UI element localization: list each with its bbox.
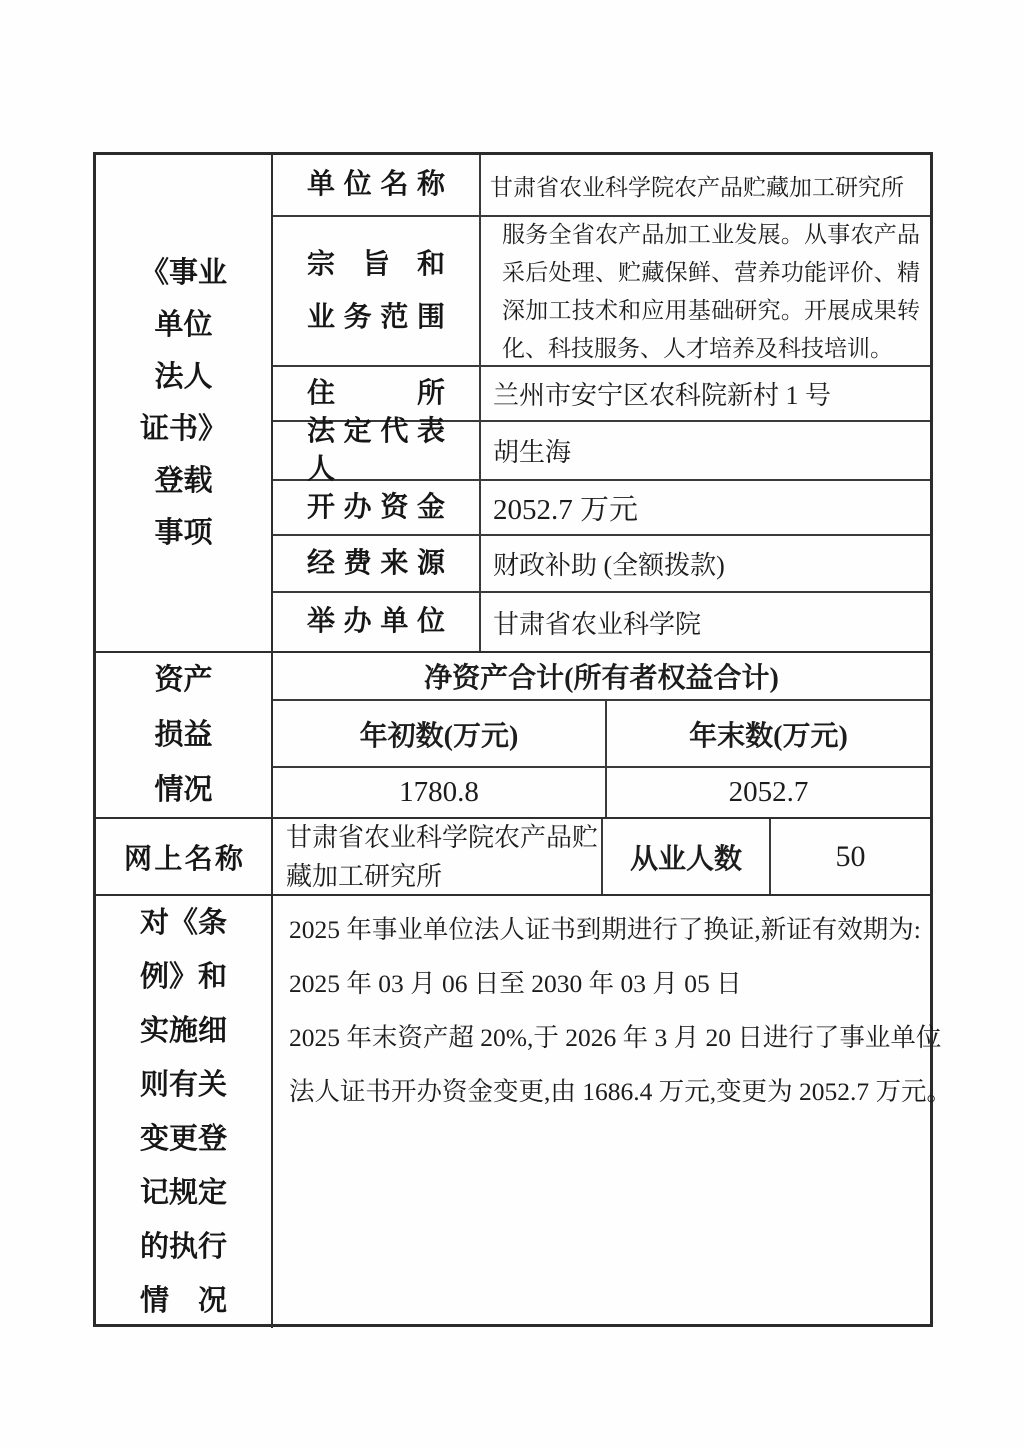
capital-value-text: 2052.7 万元 [493, 487, 638, 528]
table-row-unit-name: 单位名称 甘肃省农业科学院农产品贮藏加工研究所 [273, 155, 930, 217]
side-label-line: 损益 [154, 708, 212, 763]
side-label-line: 法人 [154, 351, 212, 403]
side-label-line: 《事业 [140, 247, 227, 299]
online-name-section: 网上名称 甘肃省农业科学院农产品贮 藏加工研究所 从业人数 50 [96, 819, 930, 896]
table-row-organizer: 举办单位 甘肃省农业科学院 [273, 593, 930, 651]
side-label-line: 事项 [154, 507, 212, 559]
funding-label-cell: 经费来源 [273, 536, 481, 591]
compliance-section-side-label: 对《条 例》和 实施细 则有关 变更登 记规定 的执行 情 况 [96, 896, 273, 1328]
funding-value: 财政补助 (全额拨款) [481, 536, 930, 591]
compliance-section: 对《条 例》和 实施细 则有关 变更登 记规定 的执行 情 况 2025 年事业… [96, 896, 930, 1328]
registration-info-table: 《事业 单位 法人 证书》 登载 事项 单位名称 甘肃省农业科学院农产品贮藏加工… [93, 152, 933, 1327]
staff-count-value: 50 [771, 819, 930, 894]
side-label-line: 实施细 [140, 1004, 227, 1058]
side-label-line: 证书》 [140, 403, 227, 455]
side-label-line: 对《条 [140, 896, 227, 950]
funding-value-text: 财政补助 (全额拨款) [493, 545, 725, 582]
certificate-items-section: 《事业 单位 法人 证书》 登载 事项 单位名称 甘肃省农业科学院农产品贮藏加工… [96, 155, 930, 653]
side-label-line: 资产 [154, 653, 212, 708]
staff-count-label: 从业人数 [603, 819, 771, 894]
side-label-line: 记规定 [140, 1166, 227, 1220]
online-name-value: 甘肃省农业科学院农产品贮 藏加工研究所 [273, 819, 603, 894]
online-name-label-cell: 网上名称 [96, 819, 273, 894]
capital-label: 开办资金 [273, 489, 479, 527]
end-of-year-value: 2052.7 [607, 768, 930, 817]
organizer-label: 举办单位 [273, 603, 479, 641]
scanned-document-page: 《事业 单位 法人 证书》 登载 事项 单位名称 甘肃省农业科学院农产品贮藏加工… [0, 0, 1024, 1447]
online-name-line2: 藏加工研究所 [286, 857, 601, 896]
certificate-rows: 单位名称 甘肃省农业科学院农产品贮藏加工研究所 宗旨和 业务范围 服务全省农产品… [273, 155, 930, 651]
online-name-label: 网上名称 [96, 837, 271, 877]
table-row-funding: 经费来源 财政补助 (全额拨款) [273, 536, 930, 593]
assets-values-row: 1780.8 2052.7 [273, 768, 930, 817]
organizer-value-text: 甘肃省农业科学院 [493, 604, 701, 641]
begin-of-year-value: 1780.8 [273, 768, 607, 817]
capital-value: 2052.7 万元 [481, 481, 930, 534]
side-label-line: 登载 [154, 455, 212, 507]
table-row-legal-rep: 法定代表人 胡生海 [273, 422, 930, 481]
purpose-label-line1: 宗旨和 [273, 246, 479, 284]
side-label-line: 情 况 [140, 1274, 227, 1328]
side-label-line: 则有关 [140, 1058, 227, 1112]
address-label: 住所 [273, 375, 479, 413]
purpose-value-cell: 服务全省农产品加工业发展。从事农产品采后处理、贮藏保鲜、营养功能评价、精深加工技… [481, 217, 930, 365]
side-label-line: 例》和 [140, 950, 227, 1004]
assets-grid: 净资产合计(所有者权益合计) 年初数(万元) 年末数(万元) 1780.8 20… [273, 653, 930, 817]
begin-of-year-header: 年初数(万元) [273, 701, 607, 765]
assets-subheader-row: 年初数(万元) 年末数(万元) [273, 701, 930, 767]
purpose-label-cell: 宗旨和 业务范围 [273, 217, 481, 365]
unit-name-value: 甘肃省农业科学院农产品贮藏加工研究所 [481, 155, 930, 215]
unit-name-label-cell: 单位名称 [273, 155, 481, 215]
unit-name-value-text: 甘肃省农业科学院农产品贮藏加工研究所 [490, 169, 904, 202]
table-row-purpose: 宗旨和 业务范围 服务全省农产品加工业发展。从事农产品采后处理、贮藏保鲜、营养功… [273, 217, 930, 367]
address-value: 兰州市安宁区农科院新村 1 号 [481, 367, 930, 420]
compliance-line: 2025 年末资产超 20%,于 2026 年 3 月 20 日进行了事业单位 [289, 1011, 952, 1065]
side-label-line: 的执行 [140, 1220, 227, 1274]
organizer-label-cell: 举办单位 [273, 593, 481, 651]
side-label-line: 变更登 [140, 1112, 227, 1166]
legal-rep-value-text: 胡生海 [493, 432, 571, 469]
unit-name-label: 单位名称 [273, 166, 479, 204]
purpose-value-text: 服务全省农产品加工业发展。从事农产品采后处理、贮藏保鲜、营养功能评价、精深加工技… [493, 214, 930, 368]
compliance-line: 2025 年 03 月 06 日至 2030 年 03 月 05 日 [289, 957, 952, 1011]
compliance-line: 法人证书开办资金变更,由 1686.4 万元,变更为 2052.7 万元。 [289, 1065, 952, 1119]
certificate-section-side-label: 《事业 单位 法人 证书》 登载 事项 [96, 155, 273, 651]
assets-section-side-label: 资产 损益 情况 [96, 653, 273, 817]
legal-rep-label: 法定代表人 [273, 413, 479, 489]
compliance-text: 2025 年事业单位法人证书到期进行了换证,新证有效期为: 2025 年 03 … [273, 896, 952, 1328]
net-assets-header: 净资产合计(所有者权益合计) [273, 653, 930, 701]
side-label-line: 单位 [154, 299, 212, 351]
capital-label-cell: 开办资金 [273, 481, 481, 534]
compliance-line: 2025 年事业单位法人证书到期进行了换证,新证有效期为: [289, 903, 952, 957]
legal-rep-label-cell: 法定代表人 [273, 422, 481, 479]
address-value-text: 兰州市安宁区农科院新村 1 号 [493, 375, 831, 412]
table-row-capital: 开办资金 2052.7 万元 [273, 481, 930, 536]
online-name-line1: 甘肃省农业科学院农产品贮 [286, 818, 601, 857]
assets-section: 资产 损益 情况 净资产合计(所有者权益合计) 年初数(万元) 年末数(万元) … [96, 653, 930, 819]
funding-label: 经费来源 [273, 545, 479, 583]
purpose-label-line2: 业务范围 [273, 299, 479, 337]
side-label-line: 情况 [154, 763, 212, 818]
legal-rep-value: 胡生海 [481, 422, 930, 479]
end-of-year-header: 年末数(万元) [607, 701, 930, 765]
organizer-value: 甘肃省农业科学院 [481, 593, 930, 651]
